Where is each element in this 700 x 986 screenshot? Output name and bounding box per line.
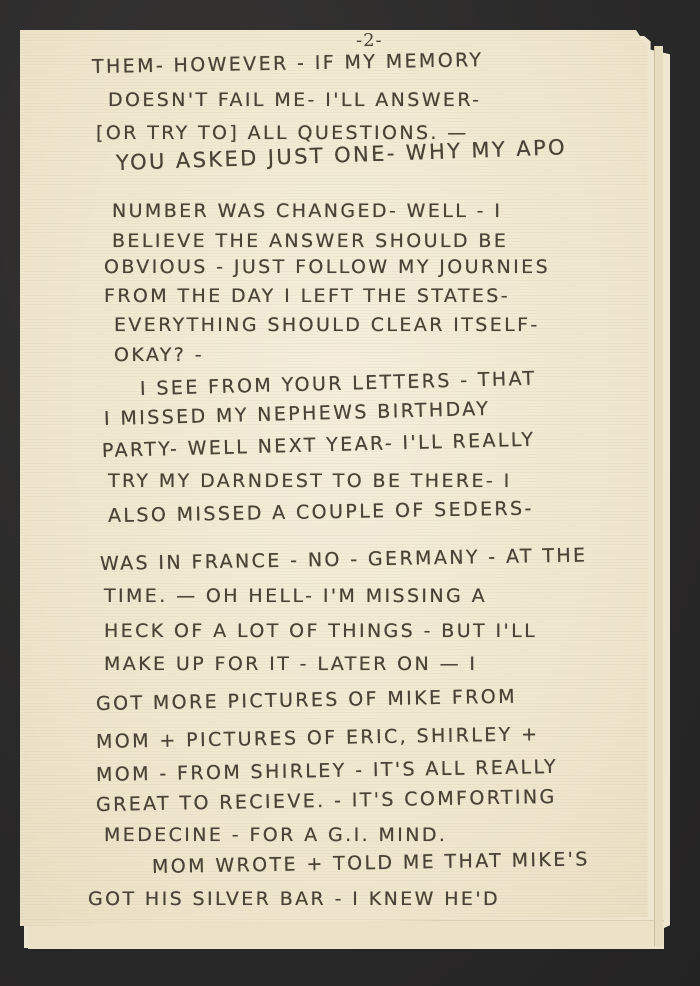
letter-line: MAKE UP FOR IT - LATER ON — I (104, 653, 477, 675)
letter-line: TRY MY DARNDEST TO BE THERE- I (108, 470, 512, 492)
letter-line: MOM + PICTURES OF ERIC, SHIRLEY + (96, 723, 540, 753)
letter-line: OKAY? - (114, 344, 204, 366)
letter-line: PARTY- WELL NEXT YEAR- I'LL REALLY (102, 429, 536, 462)
letter-line: OBVIOUS - JUST FOLLOW MY JOURNIES (104, 256, 550, 278)
letter-line: NUMBER WAS CHANGED- WELL - I (112, 200, 502, 222)
letter-line: I MISSED MY NEPHEWS BIRTHDAY (104, 398, 491, 430)
letter-line: I SEE FROM YOUR LETTERS - THAT (140, 368, 537, 400)
letter-line: MOM - FROM SHIRLEY - IT'S ALL REALLY (96, 756, 558, 786)
letter-line: HECK OF A LOT OF THINGS - BUT I'LL (104, 620, 537, 642)
letter-line: ALSO MISSED A COUPLE OF SEDERS- (108, 498, 534, 527)
letter-body: THEM- HOWEVER - IF MY MEMORY DOESN'T FAI… (0, 0, 700, 986)
letter-line: GOT HIS SILVER BAR - I KNEW HE'D (88, 888, 500, 910)
letter-line: TIME. — OH HELL- I'M MISSING A (104, 585, 487, 607)
letter-line: BELIEVE THE ANSWER SHOULD BE (112, 230, 508, 252)
letter-line: MEDECINE - FOR A G.I. MIND. (104, 824, 447, 846)
letter-line: MOM WROTE + TOLD ME THAT MIKE'S (152, 848, 590, 878)
letter-line: GREAT TO RECIEVE. - IT'S COMFORTING (96, 786, 557, 816)
letter-line: EVERYTHING SHOULD CLEAR ITSELF- (114, 314, 540, 336)
letter-line: DOESN'T FAIL ME- I'LL ANSWER- (108, 89, 481, 111)
letter-line: WAS IN FRANCE - NO - GERMANY - AT THE (100, 544, 588, 575)
letter-line: GOT MORE PICTURES OF MIKE FROM (96, 686, 517, 715)
letter-line: THEM- HOWEVER - IF MY MEMORY (92, 49, 484, 78)
letter-line: FROM THE DAY I LEFT THE STATES- (104, 285, 510, 307)
